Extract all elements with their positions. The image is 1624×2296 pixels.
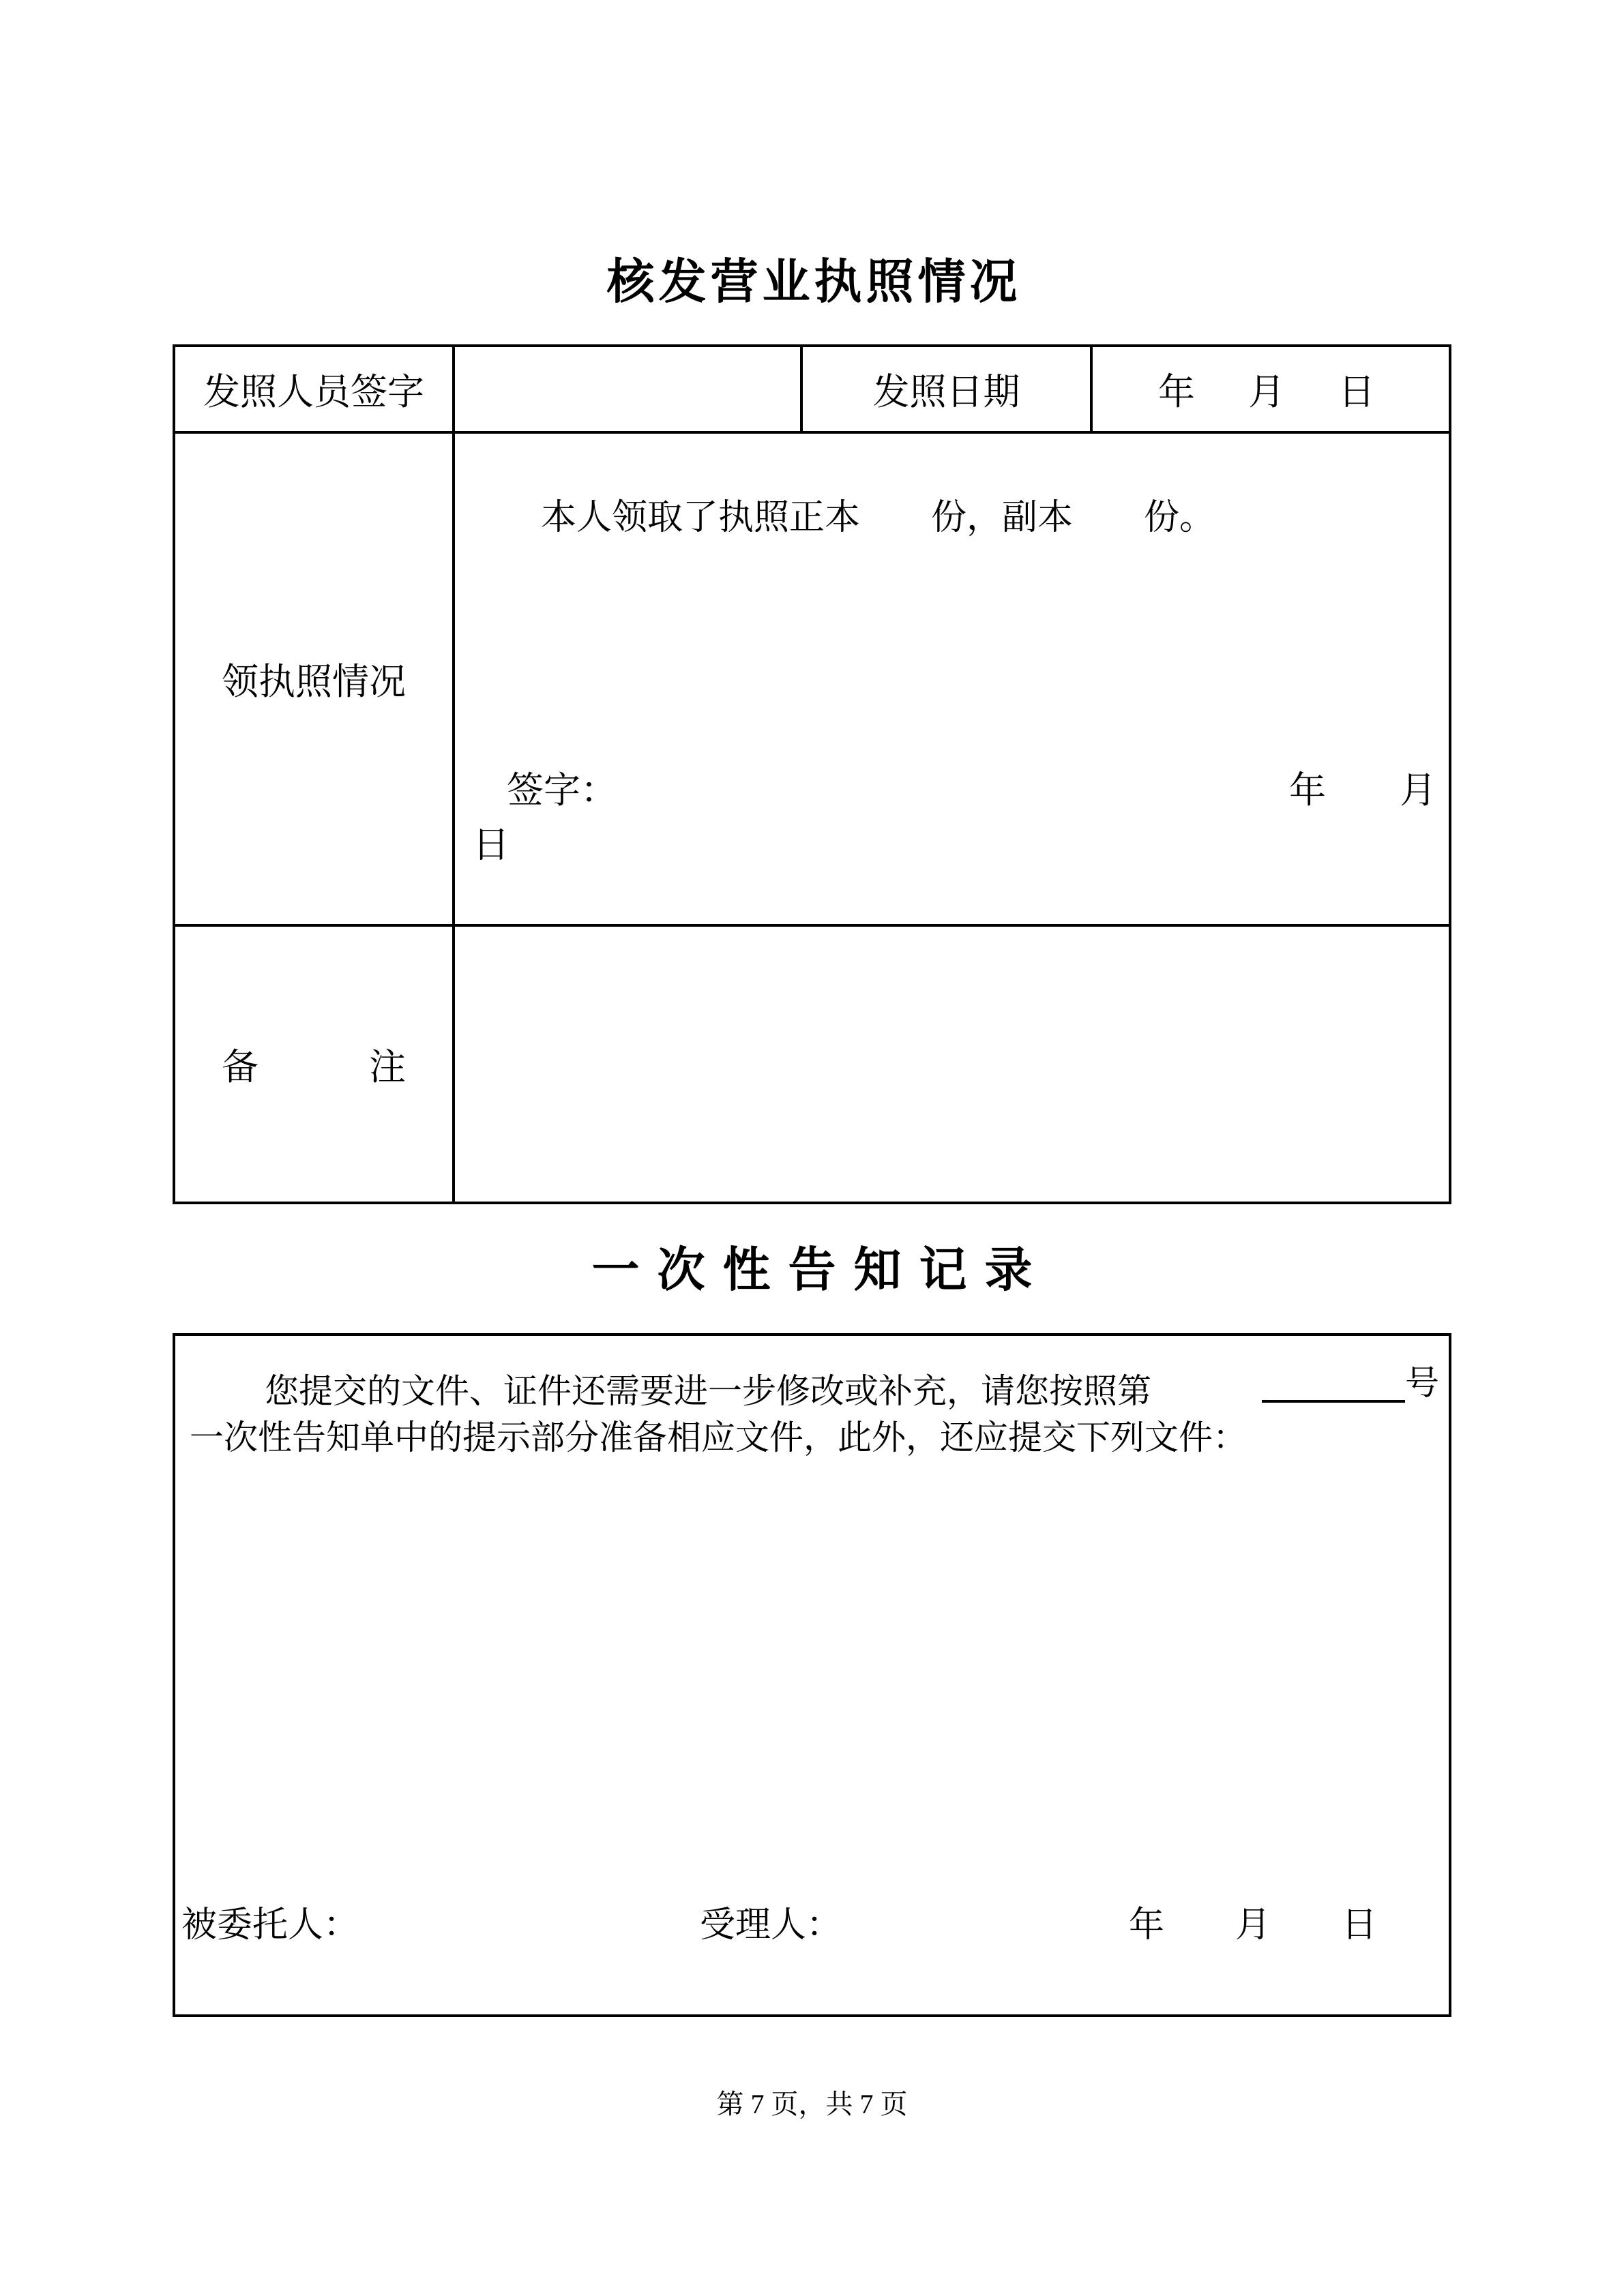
notice-section-title: 一次性告知记录	[0, 1243, 1624, 1299]
signature-label: 签字：	[507, 770, 617, 811]
notice-paragraph-line2: 一次性告知单中的提示部分准备相应文件，此外，还应提交下列文件：	[190, 1416, 1247, 1459]
delegate-label: 被委托人：	[181, 1905, 359, 1946]
signature-date-day: 日	[473, 824, 510, 865]
notice-line1-suffix: 号	[1405, 1362, 1439, 1404]
issue-date-label-cell: 发照日期	[803, 347, 1090, 431]
page-footer: 第 7 页，共 7 页	[0, 2088, 1624, 2121]
notice-line1-ending: 号	[1262, 1362, 1439, 1404]
signature-date-year-month: 年 月	[1289, 770, 1436, 811]
notice-date-label: 年 月 日	[1129, 1905, 1377, 1946]
receive-status-label-cell: 领执照情况	[175, 434, 452, 924]
issuer-sign-label-cell: 发照人员签字	[175, 347, 452, 431]
remark-label-cell: 备 注	[175, 927, 452, 1202]
license-table: 发照人员签字 发照日期 年 月 日 领执照情况 备 注 本人领取了执照正本 份，…	[173, 344, 1451, 1204]
blank-underline	[1262, 1362, 1405, 1403]
document-page: 核发营业执照情况 发照人员签字 发照日期 年 月 日 领执照情况 备 注 本人领…	[0, 0, 1624, 2296]
notice-table: 您提交的文件、证件还需要进一步修改或补充，请您按照第 号 一次性告知单中的提示部…	[173, 1333, 1451, 2017]
receive-statement-text: 本人领取了执照正本 份，副本 份。	[541, 498, 1215, 539]
table-grid-line	[452, 347, 455, 1202]
acceptor-label: 受理人：	[700, 1905, 842, 1946]
notice-paragraph-line1: 您提交的文件、证件还需要进一步修改或补充，请您按照第 号	[265, 1362, 1439, 1412]
issue-date-value-cell: 年 月 日	[1093, 347, 1449, 431]
notice-line1-text: 您提交的文件、证件还需要进一步修改或补充，请您按照第	[265, 1370, 1151, 1412]
license-section-title: 核发营业执照情况	[0, 255, 1624, 311]
issuer-sign-value-cell	[455, 347, 800, 431]
